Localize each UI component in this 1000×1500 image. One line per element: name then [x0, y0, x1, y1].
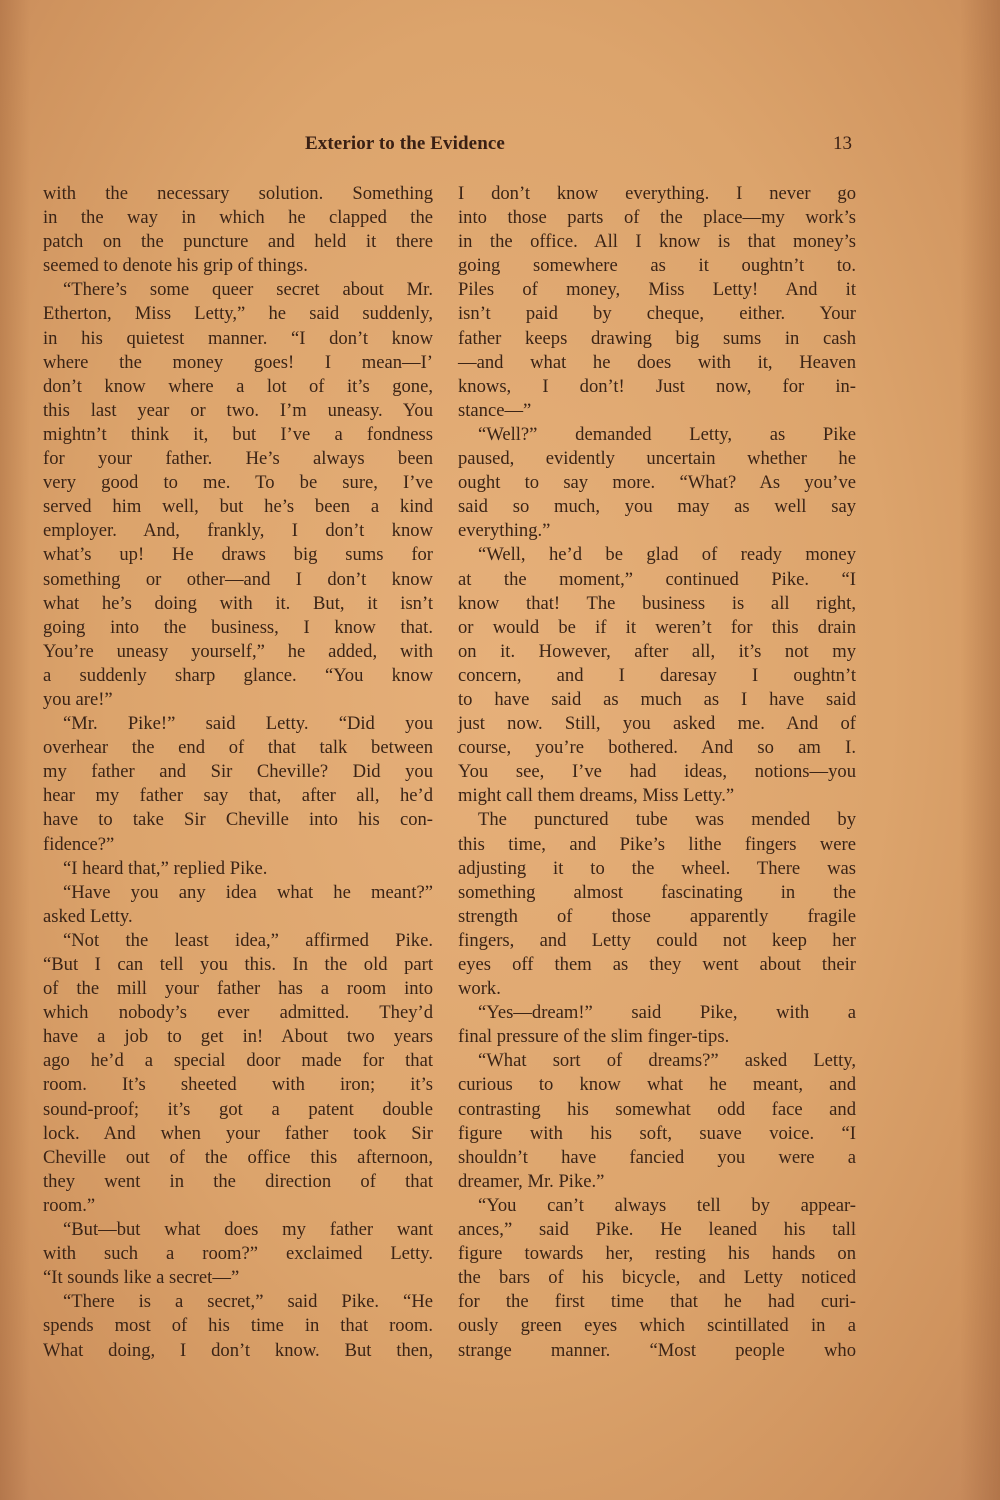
- text-line: on it. However, after all, it’s not my: [458, 640, 856, 664]
- text-line: spends most of his time in that room.: [43, 1314, 433, 1338]
- text-line: hear my father say that, after all, he’d: [43, 784, 433, 808]
- text-line: eyes off them as they went about their: [458, 953, 856, 977]
- page-edge-shadow-right: [960, 0, 1000, 1500]
- text-line: have a job to get in! About two years: [43, 1025, 433, 1049]
- text-line: “Mr. Pike!” said Letty. “Did you: [43, 712, 433, 736]
- text-line: which nobody’s ever admitted. They’d: [43, 1001, 433, 1025]
- text-line: strange manner. “Most people who: [458, 1339, 856, 1363]
- text-line: adjusting it to the wheel. There was: [458, 857, 856, 881]
- text-line: figure towards her, resting his hands on: [458, 1242, 856, 1266]
- text-line: You see, I’ve had ideas, notions—you: [458, 760, 856, 784]
- text-line: with the necessary solution. Something: [43, 182, 433, 206]
- text-line: into those parts of the place—my work’s: [458, 206, 856, 230]
- text-line: room. It’s sheeted with iron; it’s: [43, 1073, 433, 1097]
- text-line: seemed to denote his grip of things.: [43, 254, 433, 278]
- text-line: my father and Sir Cheville? Did you: [43, 760, 433, 784]
- text-line: —and what he does with it, Heaven: [458, 351, 856, 375]
- text-line: a suddenly sharp glance. “You know: [43, 664, 433, 688]
- text-line: this time, and Pike’s lithe fingers were: [458, 833, 856, 857]
- text-line: in the way in which he clapped the: [43, 206, 433, 230]
- running-title: Exterior to the Evidence: [305, 133, 505, 155]
- text-line: of the mill your father has a room into: [43, 977, 433, 1001]
- text-line: “Not the least idea,” affirmed Pike.: [43, 929, 433, 953]
- text-line: “Yes—dream!” said Pike, with a: [458, 1001, 856, 1025]
- text-line: have to take Sir Cheville into his con-: [43, 808, 433, 832]
- text-line: fingers, and Letty could not keep her: [458, 929, 856, 953]
- text-line: you are!”: [43, 688, 433, 712]
- text-line: concern, and I daresay I oughtn’t: [458, 664, 856, 688]
- text-line: for your father. He’s always been: [43, 447, 433, 471]
- text-line: shouldn’t have fancied you were a: [458, 1146, 856, 1170]
- text-line: “Well?” demanded Letty, as Pike: [458, 423, 856, 447]
- text-line: figure with his soft, suave voice. “I: [458, 1122, 856, 1146]
- text-line: sound-proof; it’s got a patent double: [43, 1098, 433, 1122]
- text-line: asked Letty.: [43, 905, 433, 929]
- text-line: ously green eyes which scintillated in a: [458, 1314, 856, 1338]
- text-line: for the first time that he had curi-: [458, 1290, 856, 1314]
- text-line: they went in the direction of that: [43, 1170, 433, 1194]
- text-line: knows, I don’t! Just now, for in-: [458, 375, 856, 399]
- text-line: in the office. All I know is that money’…: [458, 230, 856, 254]
- text-line: contrasting his somewhat odd face and: [458, 1098, 856, 1122]
- text-line: “I heard that,” replied Pike.: [43, 857, 433, 881]
- text-line: You’re uneasy yourself,” he added, with: [43, 640, 433, 664]
- running-header: Exterior to the Evidence 13: [0, 133, 1000, 157]
- text-line: what’s up! He draws big sums for: [43, 543, 433, 567]
- text-line: final pressure of the slim finger-tips.: [458, 1025, 856, 1049]
- text-line: in his quietest manner. “I don’t know: [43, 327, 433, 351]
- text-line: overhear the end of that talk between: [43, 736, 433, 760]
- text-column-right: I don’t know everything. I never gointo …: [458, 182, 856, 1363]
- text-line: “But I can tell you this. In the old par…: [43, 953, 433, 977]
- text-line: very good to me. To be sure, I’ve: [43, 471, 433, 495]
- text-line: The punctured tube was mended by: [458, 808, 856, 832]
- text-line: lock. And when your father took Sir: [43, 1122, 433, 1146]
- text-line: this last year or two. I’m uneasy. You: [43, 399, 433, 423]
- text-line: served him well, but he’s been a kind: [43, 495, 433, 519]
- text-line: said so much, you may as well say: [458, 495, 856, 519]
- text-line: isn’t paid by cheque, either. Your: [458, 302, 856, 326]
- text-line: curious to know what he meant, and: [458, 1073, 856, 1097]
- text-line: going somewhere as it oughtn’t to.: [458, 254, 856, 278]
- text-line: “It sounds like a secret—”: [43, 1266, 433, 1290]
- text-line: to have said as much as I have said: [458, 688, 856, 712]
- text-line: “What sort of dreams?” asked Letty,: [458, 1049, 856, 1073]
- text-line: strength of those apparently fragile: [458, 905, 856, 929]
- text-line: father keeps drawing big sums in cash: [458, 327, 856, 351]
- text-line: going into the business, I know that.: [43, 616, 433, 640]
- text-line: something almost fascinating in the: [458, 881, 856, 905]
- text-line: ago he’d a special door made for that: [43, 1049, 433, 1073]
- text-line: something or other—and I don’t know: [43, 568, 433, 592]
- text-line: fidence?”: [43, 833, 433, 857]
- text-line: ought to say more. “What? As you’ve: [458, 471, 856, 495]
- text-line: “Have you any idea what he meant?”: [43, 881, 433, 905]
- text-line: “Well, he’d be glad of ready money: [458, 543, 856, 567]
- text-line: ances,” said Pike. He leaned his tall: [458, 1218, 856, 1242]
- text-line: room.”: [43, 1194, 433, 1218]
- text-line: What doing, I don’t know. But then,: [43, 1339, 433, 1363]
- text-line: the bars of his bicycle, and Letty notic…: [458, 1266, 856, 1290]
- text-line: I don’t know everything. I never go: [458, 182, 856, 206]
- text-line: “There’s some queer secret about Mr.: [43, 278, 433, 302]
- text-line: paused, evidently uncertain whether he: [458, 447, 856, 471]
- text-column-left: with the necessary solution. Somethingin…: [43, 182, 433, 1363]
- text-line: with such a room?” exclaimed Letty.: [43, 1242, 433, 1266]
- text-line: employer. And, frankly, I don’t know: [43, 519, 433, 543]
- text-line: dreamer, Mr. Pike.”: [458, 1170, 856, 1194]
- text-line: “There is a secret,” said Pike. “He: [43, 1290, 433, 1314]
- text-line: Piles of money, Miss Letty! And it: [458, 278, 856, 302]
- text-line: course, you’re bothered. And so am I.: [458, 736, 856, 760]
- text-line: mightn’t think it, but I’ve a fondness: [43, 423, 433, 447]
- text-line: Cheville out of the office this afternoo…: [43, 1146, 433, 1170]
- text-line: “You can’t always tell by appear-: [458, 1194, 856, 1218]
- text-line: work.: [458, 977, 856, 1001]
- text-line: Etherton, Miss Letty,” he said suddenly,: [43, 302, 433, 326]
- text-line: everything.”: [458, 519, 856, 543]
- text-line: “But—but what does my father want: [43, 1218, 433, 1242]
- text-line: what he’s doing with it. But, it isn’t: [43, 592, 433, 616]
- page-edge-shadow-left: [0, 0, 30, 1500]
- text-line: might call them dreams, Miss Letty.”: [458, 784, 856, 808]
- text-line: or would be if it weren’t for this drain: [458, 616, 856, 640]
- text-line: where the money goes! I mean—I’: [43, 351, 433, 375]
- text-line: stance—”: [458, 399, 856, 423]
- text-line: patch on the puncture and held it there: [43, 230, 433, 254]
- text-line: know that! The business is all right,: [458, 592, 856, 616]
- text-line: at the moment,” continued Pike. “I: [458, 568, 856, 592]
- text-line: don’t know where a lot of it’s gone,: [43, 375, 433, 399]
- page-number: 13: [833, 133, 852, 155]
- text-line: just now. Still, you asked me. And of: [458, 712, 856, 736]
